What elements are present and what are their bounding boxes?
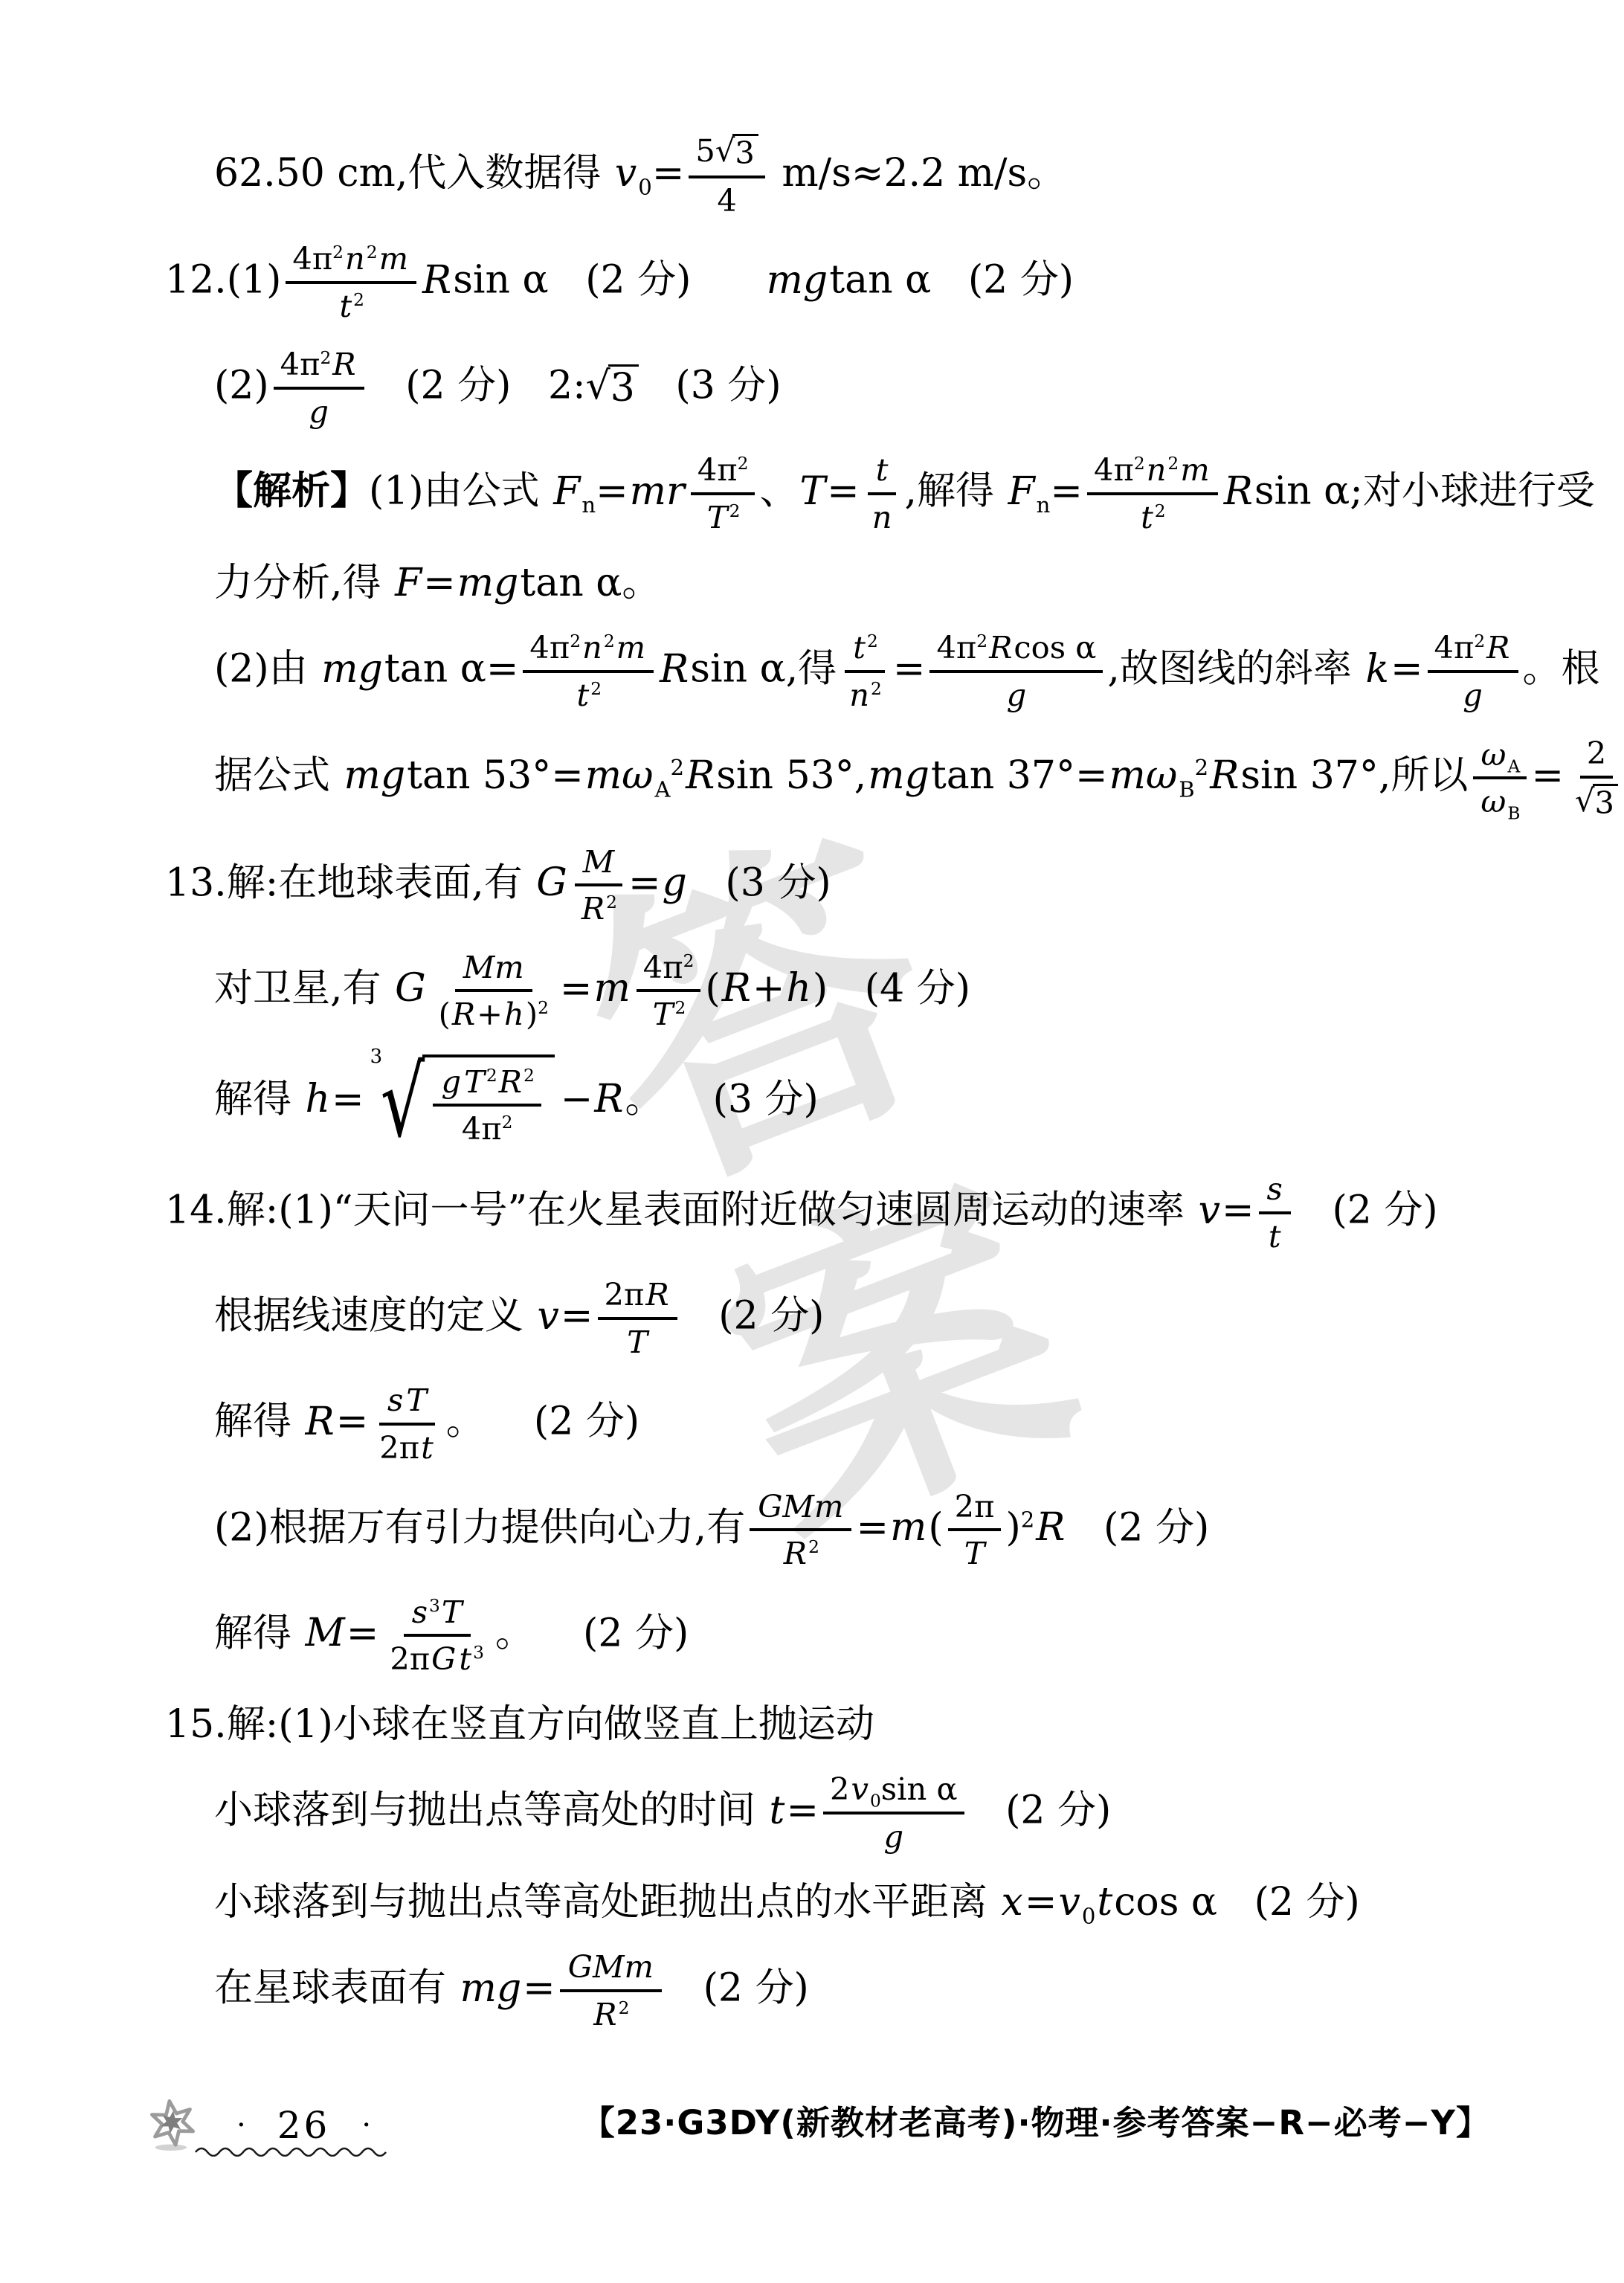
- document-line: 解得 h=3√gT2R24π2−R。 (3 分): [165, 1054, 1602, 1150]
- document-line: 对卫星,有 GMm(R+h)2=m4π2T2(R+h) (4 分): [165, 949, 1602, 1034]
- document-line: 15.解:(1)小球在竖直方向做竖直上抛运动: [165, 1699, 1602, 1751]
- document-line: 在星球表面有 mg=GMmR2 (2 分): [165, 1948, 1602, 2033]
- document-line: 13.解:在地球表面,有 GMR2=g (3 分): [165, 843, 1602, 928]
- document-line: 力分析,得 F=mgtan α。: [165, 558, 1602, 609]
- document-line: 12.(1)4π2n2mt2Rsin α (2 分) mgtan α (2 分): [165, 240, 1602, 325]
- document-line: 62.50 cm,代入数据得 v0=5√34 m/s≈2.2 m/s。: [165, 132, 1602, 219]
- document-line: (2)由 mgtan α=4π2n2mt2Rsin α,得t2n2=4π2Rco…: [165, 629, 1602, 714]
- document-line: 据公式 mgtan 53°=mωA2Rsin 53°,mgtan 37°=mωB…: [165, 735, 1602, 822]
- document-line: (2)4π2Rg (2 分) 2:√3 (3 分): [165, 346, 1602, 431]
- footer-source-label: 【23·G3DY(新教材老高考)·物理·参考答案−R−必考−Y】: [581, 2096, 1490, 2144]
- page-footer: · 26 · 【23·G3DY(新教材老高考)·物理·参考答案−R−必考−Y】: [0, 2088, 1624, 2192]
- wavy-underline: [195, 2143, 388, 2157]
- document-line: (2)根据万有引力提供向心力,有GMmR2=m(2πT)2R (2 分): [165, 1488, 1602, 1573]
- document-line: 解得 M=s3T2πGt3。 (2 分): [165, 1594, 1602, 1678]
- page-number-dot-left: ·: [236, 2108, 246, 2142]
- document-line: 【解析】(1)由公式 Fn=mr4π2T2、T=tn,解得 Fn=4π2n2mt…: [165, 451, 1602, 536]
- answer-sheet-page: 答案 62.50 cm,代入数据得 v0=5√34 m/s≈2.2 m/s。12…: [0, 0, 1624, 2283]
- document-line: 小球落到与抛出点等高处距抛出点的水平距离 x=v0tcos α (2 分): [165, 1877, 1602, 1928]
- document-line: 根据线速度的定义 v=2πRT (2 分): [165, 1276, 1602, 1361]
- document-line: 14.解:(1)“天问一号”在火星表面附近做匀速圆周运动的速率 v=st (2 …: [165, 1171, 1602, 1255]
- document-line: 小球落到与抛出点等高处的时间 t=2v0sin αg (2 分): [165, 1771, 1602, 1855]
- star-icon: [147, 2099, 198, 2152]
- page-number: 26: [277, 2104, 331, 2147]
- document-line: 解得 R=sT2πt。 (2 分): [165, 1382, 1602, 1466]
- page-number-dot-right: ·: [361, 2108, 371, 2142]
- answer-document: 62.50 cm,代入数据得 v0=5√34 m/s≈2.2 m/s。12.(1…: [0, 0, 1624, 2033]
